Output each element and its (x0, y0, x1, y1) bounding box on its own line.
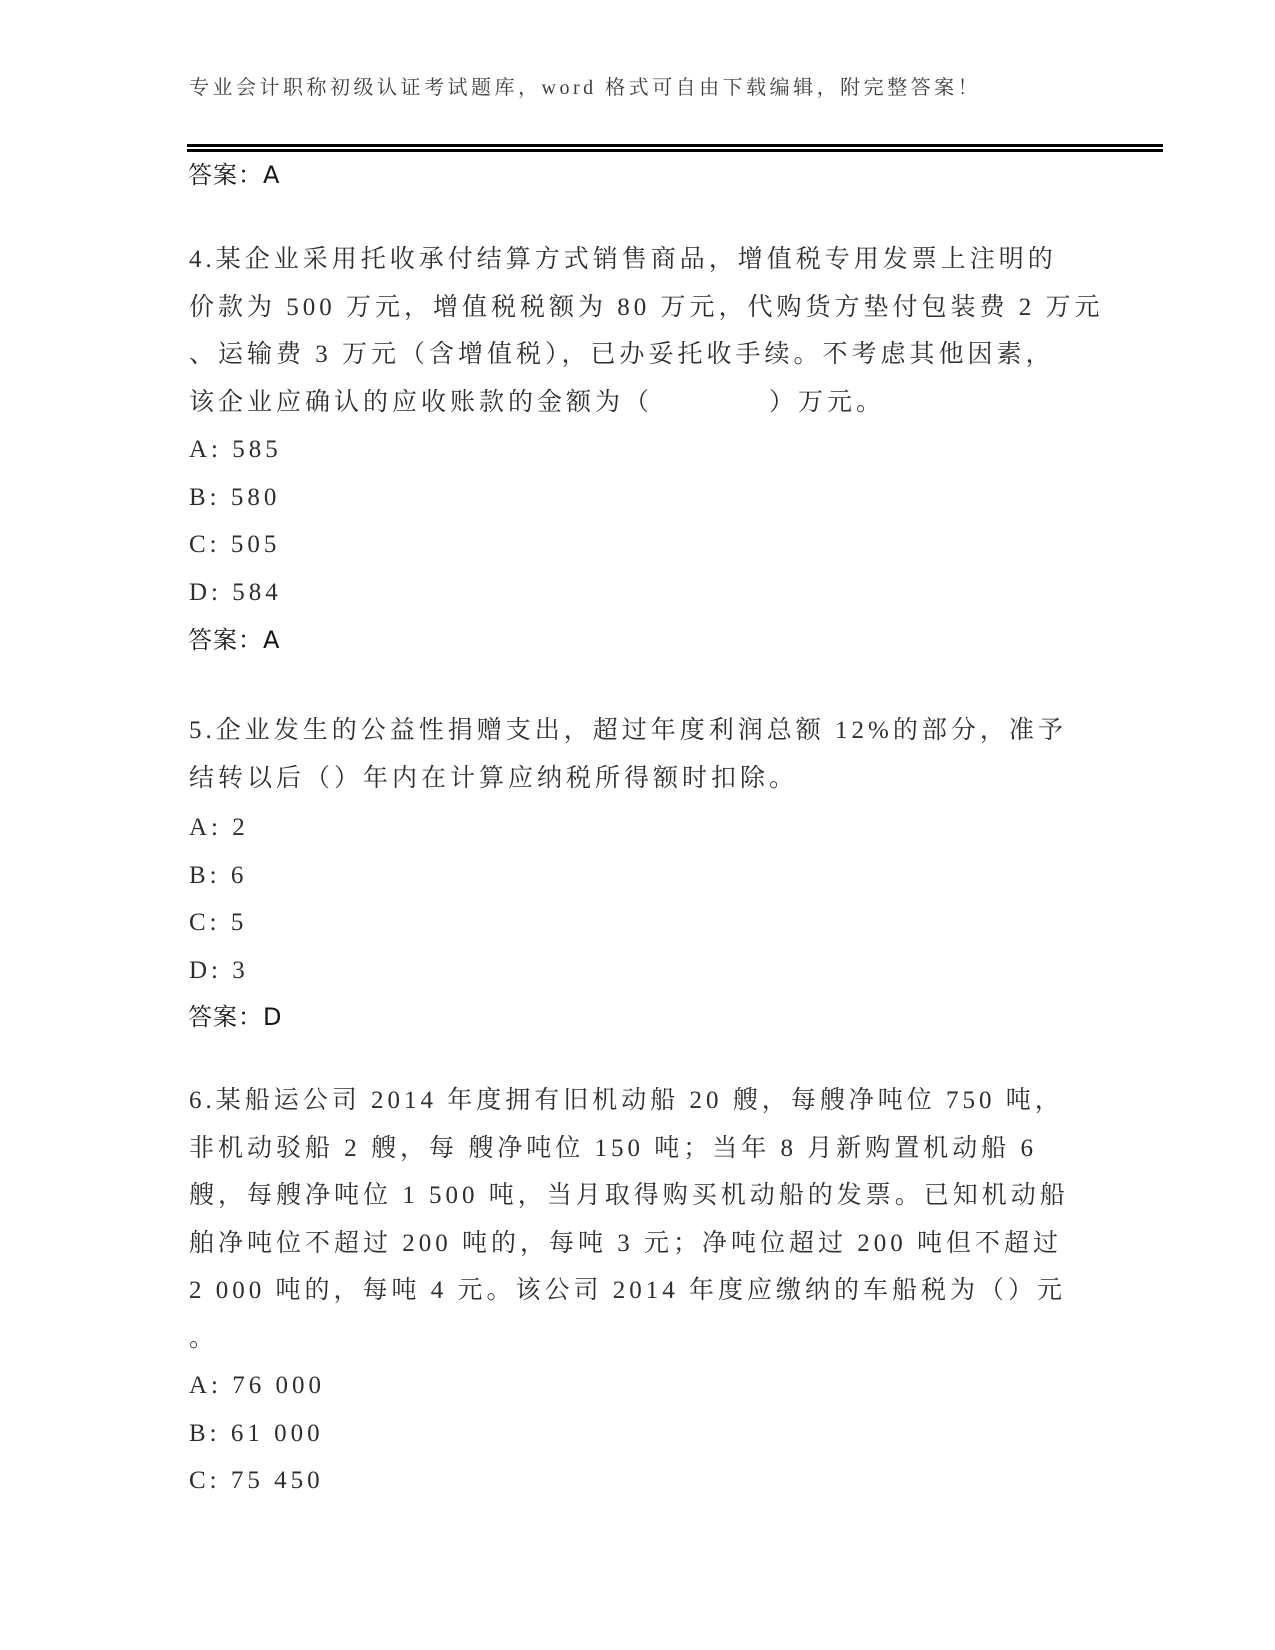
question-4-options: A: 585 B: 580 C: 505 D: 584 (189, 426, 1174, 616)
exam-document-page: 专业会计职称初级认证考试题库，word 格式可自由下载编辑，附完整答案！ 答案：… (0, 0, 1275, 1650)
answer-value: A (263, 161, 280, 189)
question-6-text: 6.某船运公司 2014 年度拥有旧机动船 20 艘，每艘净吨位 750 吨， … (189, 1077, 1174, 1363)
question-6-options: A: 76 000 B: 61 000 C: 75 450 (189, 1362, 1174, 1505)
header-divider-double-line (187, 144, 1163, 152)
answer-line-question-3: 答案：A (188, 152, 1173, 200)
option-b-line: B: 6 (189, 852, 1174, 900)
option-c-line: C: 75 450 (189, 1457, 1174, 1505)
answer-line-question-4: 答案：A (188, 617, 1173, 665)
option-b-line: B: 61 000 (189, 1410, 1174, 1458)
option-d-line: D: 3 (189, 947, 1174, 995)
answer-label: 答案： (188, 626, 263, 654)
option-c-line: C: 5 (189, 899, 1174, 947)
page-header-text: 专业会计职称初级认证考试题库，word 格式可自由下载编辑，附完整答案！ (189, 74, 1179, 102)
option-d-line: D: 584 (189, 569, 1174, 617)
answer-label: 答案： (188, 161, 263, 189)
option-b-line: B: 580 (189, 474, 1174, 522)
question-4-text: 4.某企业采用托收承付结算方式销售商品，增值税专用发票上注明的 价款为 500 … (189, 236, 1174, 426)
answer-value: A (263, 626, 280, 654)
answer-label: 答案： (188, 1003, 263, 1031)
answer-value: D (263, 1003, 282, 1031)
option-c-line: C: 505 (189, 521, 1174, 569)
option-a-line: A: 2 (189, 804, 1174, 852)
question-5-options: A: 2 B: 6 C: 5 D: 3 (189, 804, 1174, 994)
answer-line-question-5: 答案：D (188, 994, 1173, 1042)
question-5-text: 5.企业发生的公益性捐赠支出，超过年度利润总额 12%的部分，准予 结转以后（）… (189, 707, 1174, 802)
option-a-line: A: 76 000 (189, 1362, 1174, 1410)
option-a-line: A: 585 (189, 426, 1174, 474)
